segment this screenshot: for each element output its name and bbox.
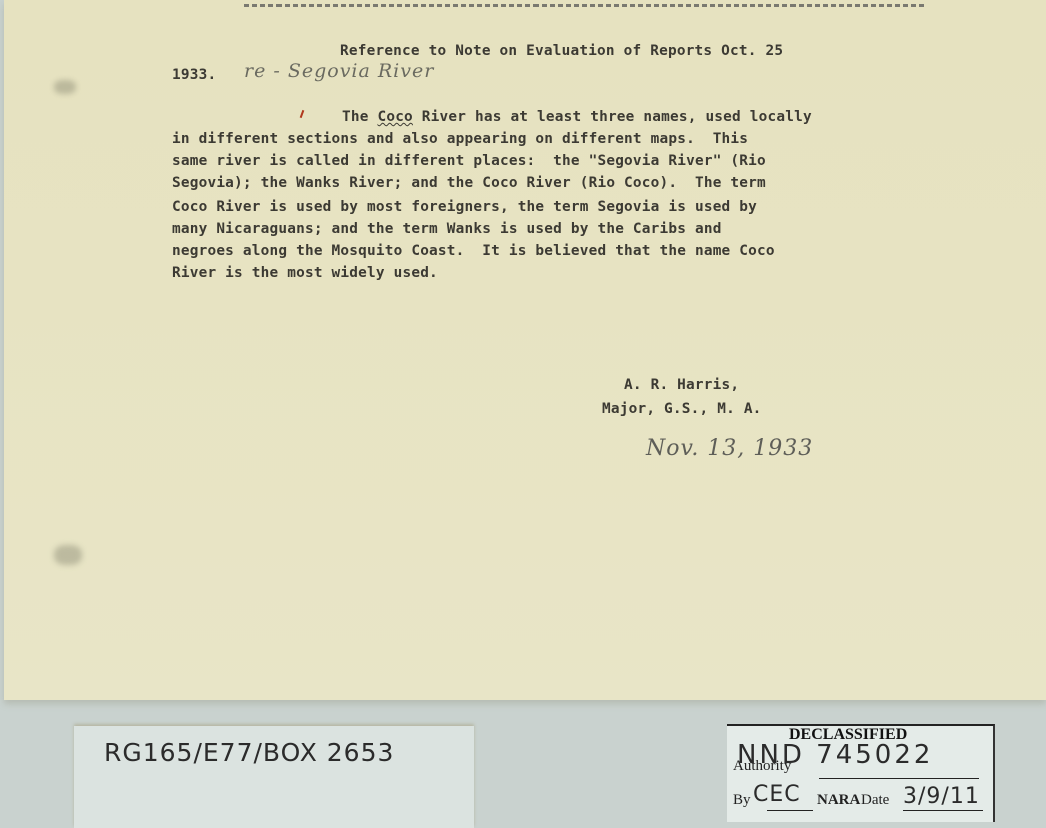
authority-value: NND 745022 bbox=[737, 740, 933, 770]
red-pencil-mark bbox=[300, 110, 305, 118]
signature-title: Major, G.S., M. A. bbox=[602, 398, 762, 420]
body-line-5: Coco River is used by most foreigners, t… bbox=[172, 196, 757, 218]
header-year: 1933. bbox=[172, 64, 216, 86]
date-value: 3/9/11 bbox=[903, 784, 980, 809]
body-line-1: The Coco River has at least three names,… bbox=[342, 106, 812, 128]
typed-document-page: Reference to Note on Evaluation of Repor… bbox=[4, 0, 1046, 700]
nara-label: NARA bbox=[817, 792, 860, 809]
date-underline bbox=[903, 810, 983, 811]
body-line-7: negroes along the Mosquito Coast. It is … bbox=[172, 240, 775, 262]
date-label: Date bbox=[861, 792, 889, 809]
underlined-coco: Coco bbox=[377, 109, 412, 125]
body-line-6: many Nicaraguans; and the term Wanks is … bbox=[172, 218, 722, 240]
by-underline bbox=[767, 810, 813, 811]
by-value: CEC bbox=[753, 782, 801, 807]
perforated-edge bbox=[244, 2, 924, 10]
handwritten-annotation: re - Segovia River bbox=[244, 60, 434, 82]
archive-box-label: RG165/E77/BOX 2653 bbox=[74, 726, 474, 828]
paper-smudge bbox=[54, 80, 76, 94]
body-line-3: same river is called in different places… bbox=[172, 150, 766, 172]
declassification-stamp: DECLASSIFIED Authority NND 745022 By CEC… bbox=[727, 724, 995, 822]
archive-location-text: RG165/E77/BOX 2653 bbox=[104, 738, 394, 767]
body-line-4: Segovia); the Wanks River; and the Coco … bbox=[172, 172, 766, 194]
body-line-8: River is the most widely used. bbox=[172, 262, 438, 284]
body-line-2: in different sections and also appearing… bbox=[172, 128, 748, 150]
signature-name: A. R. Harris, bbox=[624, 374, 739, 396]
handwritten-date: Nov. 13, 1933 bbox=[646, 436, 813, 461]
paper-stain bbox=[54, 545, 82, 565]
header-reference-line: Reference to Note on Evaluation of Repor… bbox=[340, 40, 783, 62]
authority-underline bbox=[819, 778, 979, 779]
by-label: By bbox=[733, 792, 751, 809]
